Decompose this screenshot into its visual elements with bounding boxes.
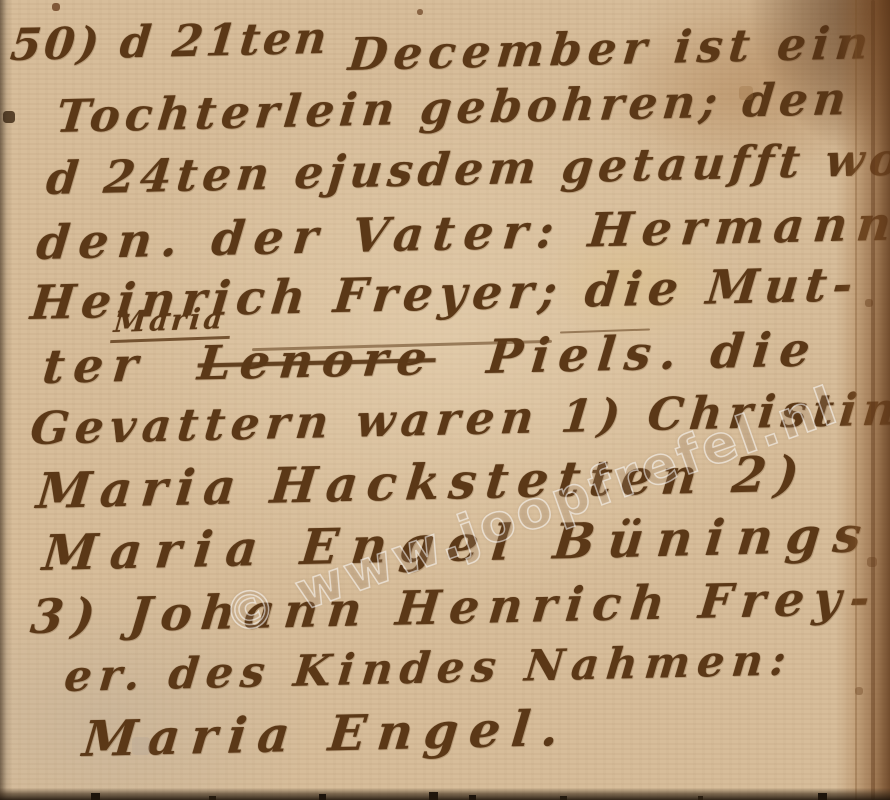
manuscript-line-2: Tochterlein gebohren; den <box>54 72 854 143</box>
line-6-suffix: Piels. die <box>484 322 821 384</box>
manuscript-page-photo: 50) d 21ten December ist ein Tochterlein… <box>0 0 890 800</box>
page-edge-right <box>836 0 890 800</box>
page-edge-bottom <box>0 788 890 800</box>
manuscript-line-12: Maria Engel. <box>80 699 572 768</box>
manuscript-line-11: er. des Kindes Nahmen: <box>62 636 795 702</box>
entry-number-and-date: 50) d 21ten <box>8 13 332 71</box>
manuscript-line-10: 3) Johann Henrich Frey- <box>28 571 881 645</box>
line-6-prefix: ter <box>40 338 149 395</box>
next-entry-ink-marks <box>0 797 1 798</box>
page-edge-left <box>0 0 12 800</box>
struck-through-word: Lenore <box>195 331 438 391</box>
